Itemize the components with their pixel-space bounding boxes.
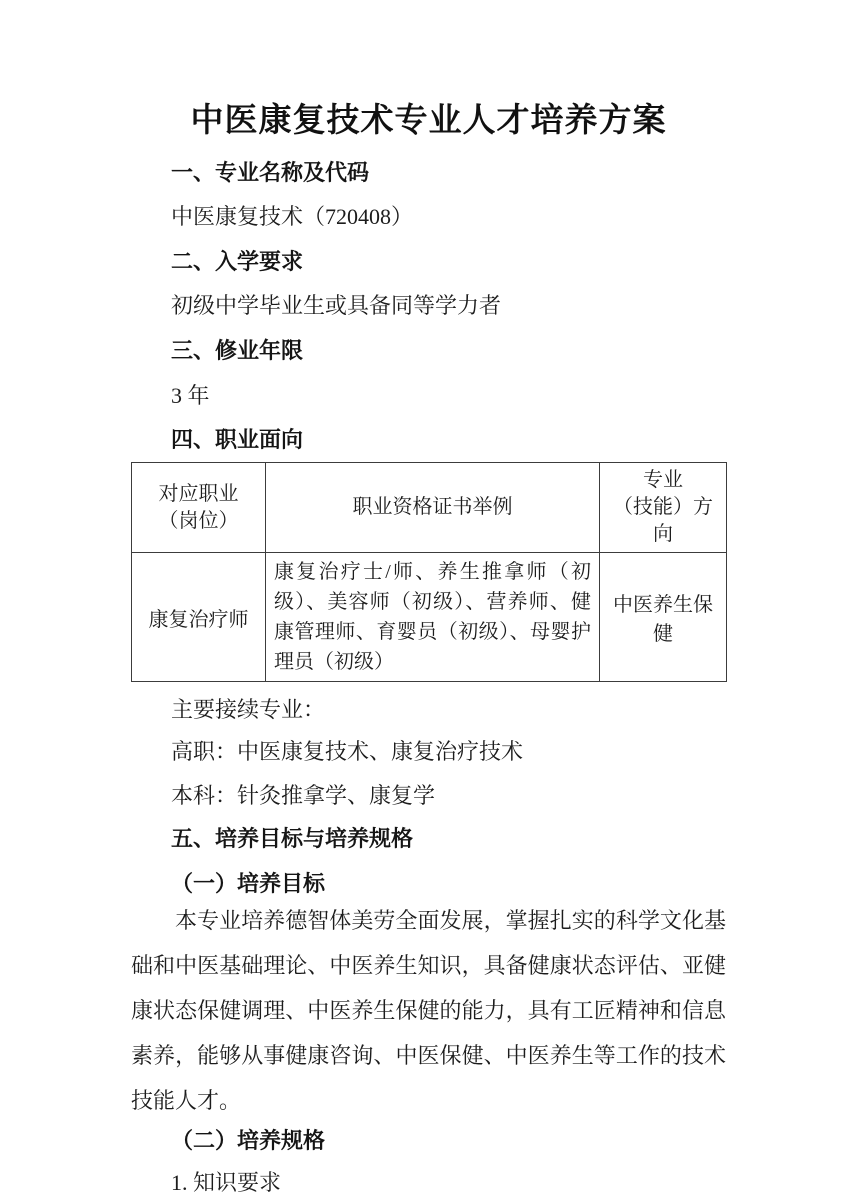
section-5-heading: 五、培养目标与培养规格 <box>131 825 726 853</box>
document-title: 中医康复技术专业人才培养方案 <box>131 98 726 144</box>
admission-requirement: 初级中学毕业生或具备同等学力者 <box>131 292 726 320</box>
section-1-heading: 一、专业名称及代码 <box>131 159 726 187</box>
table-header-direction: 专业 （技能）方向 <box>600 463 727 553</box>
continuation-majors-label: 主要接续专业： <box>131 696 726 724</box>
table-header-row: 对应职业 （岗位） 职业资格证书举例 专业 （技能）方向 <box>132 463 727 553</box>
study-duration: 3 年 <box>131 382 726 410</box>
occupation-orientation-table: 对应职业 （岗位） 职业资格证书举例 专业 （技能）方向 康复治疗师 康复治疗士… <box>131 462 727 682</box>
section-3-heading: 三、修业年限 <box>131 337 726 365</box>
section-4-heading: 四、职业面向 <box>131 426 726 454</box>
major-name-and-code: 中医康复技术（720408） <box>131 203 726 231</box>
section-5-sub1-heading: （一）培养目标 <box>131 870 726 898</box>
table-row: 康复治疗师 康复治疗士/师、养生推拿师（初级）、美容师（初级）、营养师、健康管理… <box>132 553 727 682</box>
training-objective-paragraph: 本专业培养德智体美劳全面发展，掌握扎实的科学文化基础和中医基础理论、中医养生知识… <box>131 898 726 1123</box>
table-cell-direction: 中医养生保健 <box>600 553 727 682</box>
continuation-higher-vocational: 高职：中医康复技术、康复治疗技术 <box>131 738 726 766</box>
section-2-heading: 二、入学要求 <box>131 248 726 276</box>
table-cell-job: 康复治疗师 <box>132 553 266 682</box>
section-5-sub2-heading: （二）培养规格 <box>131 1127 726 1155</box>
knowledge-requirement-item: 1. 知识要求 <box>131 1169 726 1197</box>
table-header-job: 对应职业 （岗位） <box>132 463 266 553</box>
table-cell-certificates: 康复治疗士/师、养生推拿师（初级）、美容师（初级）、营养师、健康管理师、育婴员（… <box>266 553 600 682</box>
continuation-undergraduate: 本科：针灸推拿学、康复学 <box>131 782 726 810</box>
table-header-certificates: 职业资格证书举例 <box>266 463 600 553</box>
document-page: 中医康复技术专业人才培养方案 一、专业名称及代码 中医康复技术（720408） … <box>0 0 848 1200</box>
